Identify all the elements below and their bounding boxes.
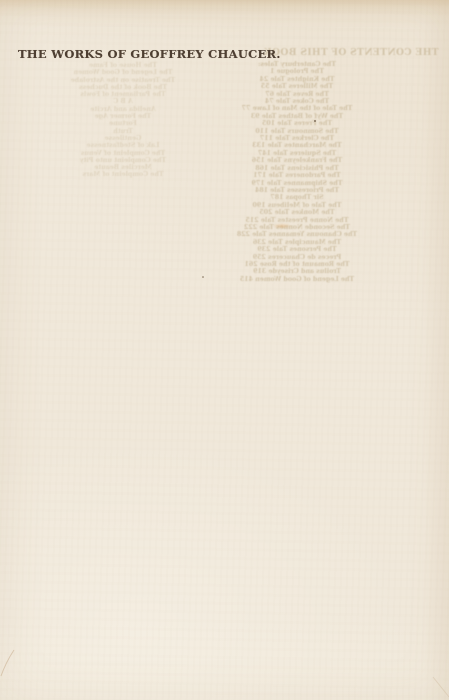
paper-smudge-orange	[272, 223, 292, 229]
book-page: THE CONTENTS OF THIS BOOK The Canterbury…	[0, 0, 449, 700]
ghost-line: The Prioresses Tale 184	[190, 187, 404, 194]
ghost-line: Gentilesse	[14, 135, 232, 142]
ghost-line: The Parliament of Fowls	[14, 91, 232, 98]
ghost-line: The Seconde Nonnes Tale 222	[190, 224, 404, 231]
ghost-line: The Legend of Good Women 415	[190, 276, 404, 283]
ghost-line: Anelida and Arcite	[14, 106, 232, 113]
ghost-line: The Compleint unto Pity	[14, 157, 232, 164]
running-header: THE WORKS OF GEOFFREY CHAUCER.	[18, 47, 281, 61]
paper-speck-small	[202, 276, 204, 278]
ghost-line: The Compleint of Venus	[14, 150, 232, 157]
ghost-line: The Compleint of Mars	[14, 171, 232, 178]
ghost-line: Troilus and Criseyde 319	[190, 268, 404, 275]
paper-speck-dark	[314, 120, 316, 122]
bottom-right-corner-edge	[433, 677, 449, 697]
ghost-line: The Monkes Tale 205	[190, 209, 404, 216]
ghost-line: The Book of the Duchess	[14, 84, 232, 91]
bottom-left-crease	[1, 650, 14, 676]
page-top-edge-shading	[0, 0, 449, 16]
ghost-line: Sir Thopas 187	[190, 194, 404, 201]
ghost-line: Preces de Chauceres 259	[190, 254, 404, 261]
ghost-line: Merciles Beaute	[14, 164, 232, 171]
ghost-line: Fortune	[14, 120, 232, 127]
ghost-line: The Nonne Preestes Tale 215	[190, 217, 404, 224]
ghost-line: A B C	[14, 98, 232, 105]
ghost-line: Truth	[14, 128, 232, 135]
ghost-line: The House of Fame	[14, 62, 232, 69]
ghost-line: Lak of Stedfastnesse	[14, 142, 232, 149]
page-right-edge-shading	[423, 0, 449, 700]
ghost-contents-left-column: The House of FameThe Legend of Good Wome…	[14, 62, 232, 179]
ghost-line: The Romaunt of the Rose 261	[190, 261, 404, 268]
ghost-line: The Tale of Melibeus 190	[190, 202, 404, 209]
ghost-line: The Treatise on the Astrolabe	[14, 77, 232, 84]
ghost-line: The Maunciples Tale 236	[190, 239, 404, 246]
ghost-line: The Legend of Good Women	[14, 69, 232, 76]
ghost-line: The Chanouns Yemannes Tale 228	[190, 231, 404, 238]
ghost-line: The Former Age	[14, 113, 232, 120]
ghost-line: The Shipmannes Tale 179	[190, 180, 404, 187]
ghost-line: The Persones Tale 239	[190, 246, 404, 253]
